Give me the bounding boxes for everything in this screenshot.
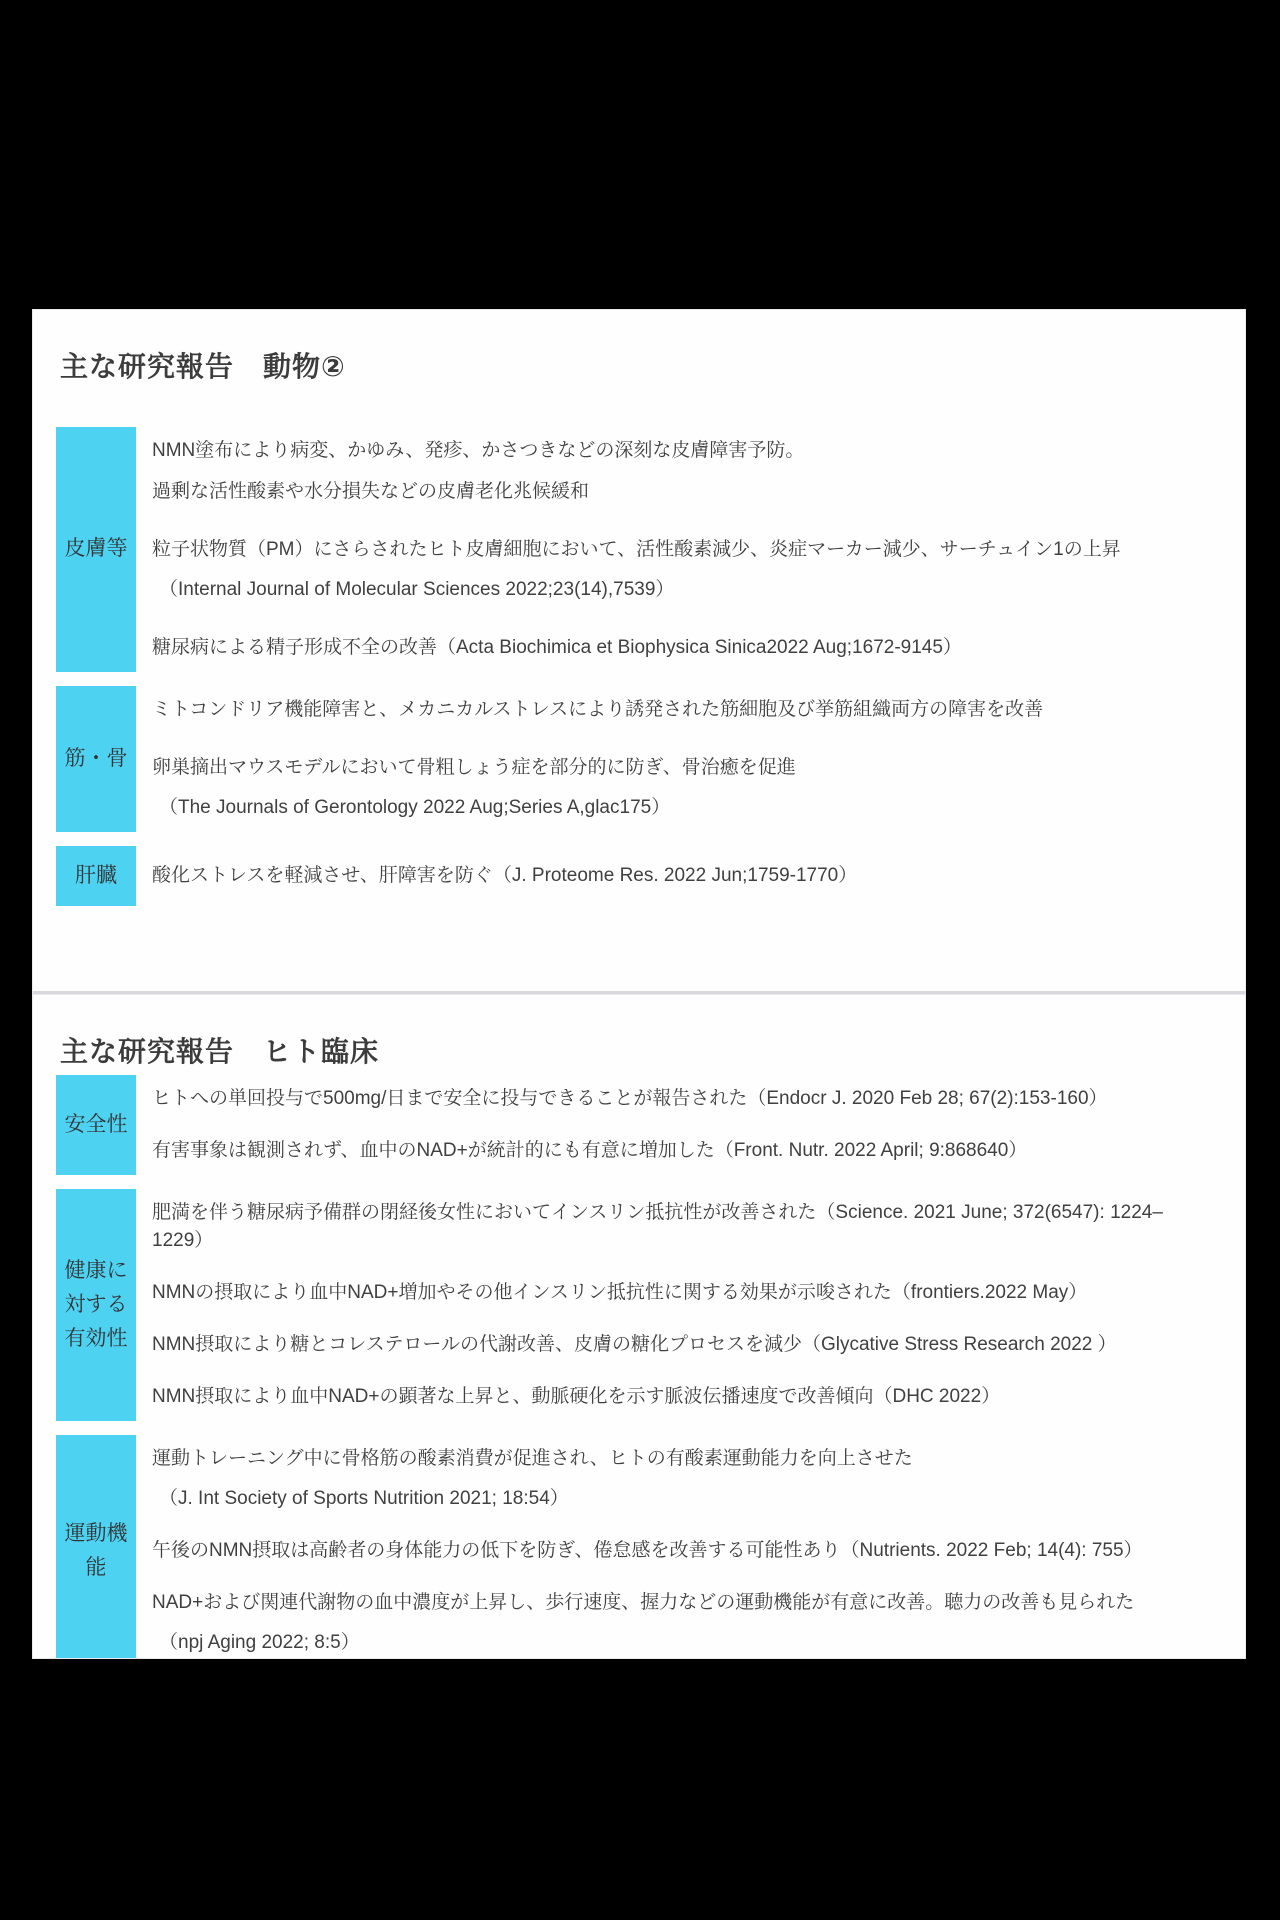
category-label-muscle-bone: 筋・骨 <box>56 686 136 832</box>
finding-text: NMN摂取により血中NAD+の顕著な上昇と、動脈硬化を示す脈波伝播速度で改善傾向… <box>152 1383 1213 1411</box>
category-label-skin: 皮膚等 <box>56 427 136 672</box>
finding-text: 酸化ストレスを軽減させ、肝障害を防ぐ（J. Proteome Res. 2022… <box>152 862 1213 890</box>
reference-text: （Internal Journal of Molecular Sciences … <box>152 576 1213 604</box>
finding-text: 有害事象は観測されず、血中のNAD+が統計的にも有意に増加した（Front. N… <box>152 1137 1213 1165</box>
panel-human-clinical-studies: 主な研究報告 ヒト臨床 安全性 ヒトへの単回投与で500mg/日まで安全に投与で… <box>33 995 1245 1658</box>
row-skin: 皮膚等 NMN塗布により病変、かゆみ、発疹、かさつきなどの深刻な皮膚障害予防。 … <box>56 427 1213 672</box>
row-muscle-bone-content: ミトコンドリア機能障害と、メカニカルストレスにより誘発された筋細胞及び挙筋組織両… <box>136 686 1213 832</box>
panel-animal-studies: 主な研究報告 動物② 皮膚等 NMN塗布により病変、かゆみ、発疹、かさつきなどの… <box>33 310 1245 995</box>
row-safety-content: ヒトへの単回投与で500mg/日まで安全に投与できることが報告された（Endoc… <box>136 1075 1213 1175</box>
row-safety: 安全性 ヒトへの単回投与で500mg/日まで安全に投与できることが報告された（E… <box>56 1075 1213 1175</box>
category-label-safety: 安全性 <box>56 1075 136 1175</box>
finding-text: ミトコンドリア機能障害と、メカニカルストレスにより誘発された筋細胞及び挙筋組織両… <box>152 696 1213 724</box>
human-studies-table: 安全性 ヒトへの単回投与で500mg/日まで安全に投与できることが報告された（E… <box>56 1075 1213 1658</box>
category-label-liver: 肝臓 <box>56 846 136 906</box>
category-label-health-efficacy: 健康に対する有効性 <box>56 1189 136 1421</box>
slide-background: { "page": { "background_color": "#000000… <box>0 0 1280 1920</box>
finding-text: 運動トレーニング中に骨格筋の酸素消費が促進され、ヒトの有酸素運動能力を向上させた <box>152 1445 1213 1473</box>
row-muscle-bone: 筋・骨 ミトコンドリア機能障害と、メカニカルストレスにより誘発された筋細胞及び挙… <box>56 686 1213 832</box>
row-skin-content: NMN塗布により病変、かゆみ、発疹、かさつきなどの深刻な皮膚障害予防。 過剰な活… <box>136 427 1213 672</box>
reference-text: （npj Aging 2022; 8:5） <box>152 1629 1213 1657</box>
row-liver: 肝臓 酸化ストレスを軽減させ、肝障害を防ぐ（J. Proteome Res. 2… <box>56 846 1213 906</box>
finding-text: NMNの摂取により血中NAD+増加やその他インスリン抵抗性に関する効果が示唆され… <box>152 1279 1213 1307</box>
finding-text: 肥満を伴う糖尿病予備群の閉経後女性においてインスリン抵抗性が改善された（Scie… <box>152 1199 1213 1227</box>
category-label-motor-function: 運動機能 <box>56 1435 136 1658</box>
row-motor-function-content: 運動トレーニング中に骨格筋の酸素消費が促進され、ヒトの有酸素運動能力を向上させた… <box>136 1435 1213 1658</box>
reference-text: （J. Int Society of Sports Nutrition 2021… <box>152 1485 1213 1513</box>
finding-text: 1229） <box>152 1227 1213 1255</box>
finding-text: 糖尿病による精子形成不全の改善（Acta Biochimica et Bioph… <box>152 634 1213 662</box>
row-health-efficacy: 健康に対する有効性 肥満を伴う糖尿病予備群の閉経後女性においてインスリン抵抗性が… <box>56 1189 1213 1421</box>
panel-human-title: 主な研究報告 ヒト臨床 <box>60 1030 379 1070</box>
finding-text: NMN摂取により糖とコレステロールの代謝改善、皮膚の糖化プロセスを減少（Glyc… <box>152 1331 1213 1359</box>
finding-text: 過剰な活性酸素や水分損失などの皮膚老化兆候緩和 <box>152 478 1213 506</box>
panel-animal-title: 主な研究報告 動物② <box>60 345 346 385</box>
reference-text: （The Journals of Gerontology 2022 Aug;Se… <box>152 794 1213 822</box>
animal-studies-table: 皮膚等 NMN塗布により病変、かゆみ、発疹、かさつきなどの深刻な皮膚障害予防。 … <box>56 427 1213 906</box>
row-health-efficacy-content: 肥満を伴う糖尿病予備群の閉経後女性においてインスリン抵抗性が改善された（Scie… <box>136 1189 1213 1421</box>
row-liver-content: 酸化ストレスを軽減させ、肝障害を防ぐ（J. Proteome Res. 2022… <box>136 846 1213 906</box>
finding-text: 午後のNMN摂取は高齢者の身体能力の低下を防ぎ、倦怠感を改善する可能性あり（Nu… <box>152 1537 1213 1565</box>
finding-text: 粒子状物質（PM）にさらされたヒト皮膚細胞において、活性酸素減少、炎症マーカー減… <box>152 536 1213 564</box>
finding-text: ヒトへの単回投与で500mg/日まで安全に投与できることが報告された（Endoc… <box>152 1085 1213 1113</box>
finding-text: NAD+および関連代謝物の血中濃度が上昇し、歩行速度、握力などの運動機能が有意に… <box>152 1589 1213 1617</box>
finding-text: 卵巣摘出マウスモデルにおいて骨粗しょう症を部分的に防ぎ、骨治癒を促進 <box>152 754 1213 782</box>
finding-text: NMN塗布により病変、かゆみ、発疹、かさつきなどの深刻な皮膚障害予防。 <box>152 437 1213 465</box>
row-motor-function: 運動機能 運動トレーニング中に骨格筋の酸素消費が促進され、ヒトの有酸素運動能力を… <box>56 1435 1213 1658</box>
